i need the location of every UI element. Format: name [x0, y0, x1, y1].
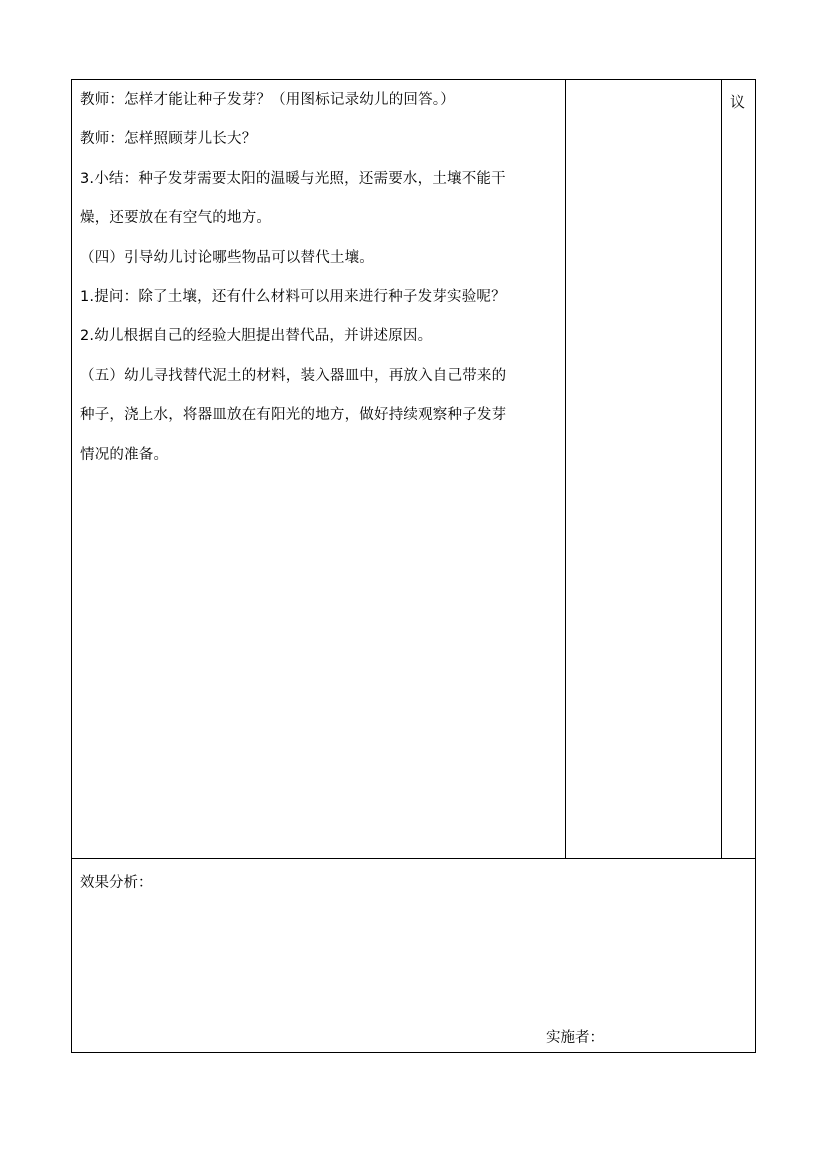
side-label-cell: 议: [722, 80, 755, 858]
activity-process-cell: 教师：怎样才能让种子发芽？（用图标记录幼儿的回答。） 教师：怎样照顾芽儿长大？ …: [72, 80, 566, 858]
activity-text: 教师：怎样才能让种子发芽？（用图标记录幼儿的回答。） 教师：怎样照顾芽儿长大？ …: [80, 93, 562, 487]
lesson-plan-table: 教师：怎样才能让种子发芽？（用图标记录幼儿的回答。） 教师：怎样照顾芽儿长大？ …: [71, 79, 756, 1053]
side-label: 议: [730, 95, 745, 110]
text-line: （四）引导幼儿讨论哪些物品可以替代土壤。: [80, 251, 562, 266]
text-line: 种子，浇上水，将器皿放在有阳光的地方，做好持续观察种子发芽: [80, 408, 562, 423]
effect-analysis-label: 效果分析：: [80, 876, 153, 891]
text-line: 情况的准备。: [80, 448, 562, 463]
document-page: 教师：怎样才能让种子发芽？（用图标记录幼儿的回答。） 教师：怎样照顾芽儿长大？ …: [0, 0, 827, 1170]
activity-row: 教师：怎样才能让种子发芽？（用图标记录幼儿的回答。） 教师：怎样照顾芽儿长大？ …: [72, 80, 755, 859]
text-line: 燥，还要放在有空气的地方。: [80, 211, 562, 226]
text-line: 教师：怎样才能让种子发芽？（用图标记录幼儿的回答。）: [80, 93, 562, 108]
text-line: 1.提问：除了土壤，还有什么材料可以用来进行种子发芽实验呢？: [80, 290, 562, 305]
analysis-row: 效果分析： 实施者：: [72, 859, 755, 1052]
notes-cell: [566, 80, 722, 858]
text-line: 2.幼儿根据自己的经验大胆提出替代品，并讲述原因。: [80, 329, 562, 344]
text-line: 3.小结：种子发芽需要太阳的温暖与光照，还需要水，土壤不能干: [80, 172, 562, 187]
implementer-label: 实施者：: [546, 1031, 604, 1046]
text-line: 教师：怎样照顾芽儿长大？: [80, 132, 562, 147]
text-line: （五）幼儿寻找替代泥土的材料，装入器皿中，再放入自己带来的: [80, 369, 562, 384]
